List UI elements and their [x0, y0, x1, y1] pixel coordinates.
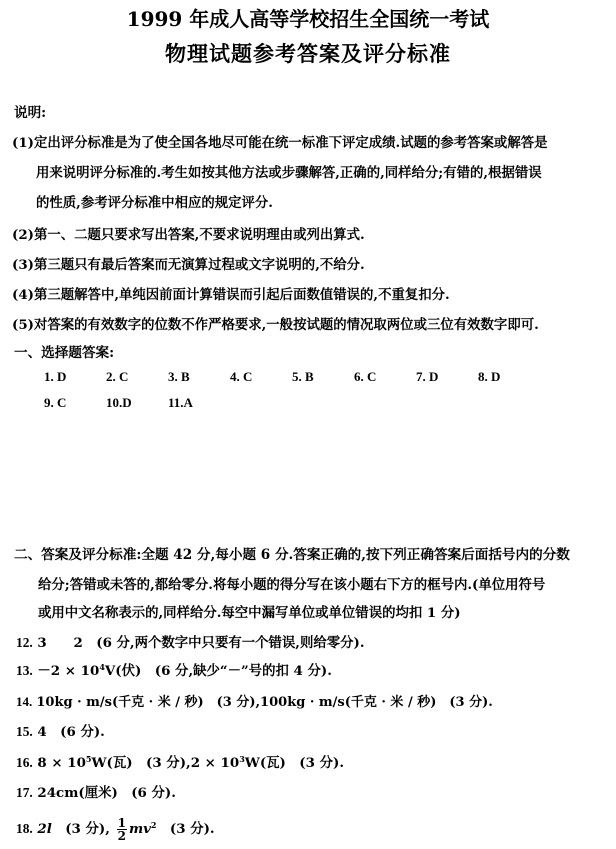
q16-number: 16.	[16, 755, 33, 770]
note-2: (2)第一、二题只要求写出答案,不要求说明理由或列出算式.	[12, 226, 365, 244]
note-1-line-2: 用来说明评分标准的.考生如按其他方法或步骤解答,正确的,同样给分;有错的,根据错…	[36, 164, 542, 182]
q18-number: 18.	[16, 821, 33, 836]
document-subtitle: 物理试题参考答案及评分标准	[0, 40, 616, 68]
answer-q12: 12. 3 2 (6 分,两个数字中只要有一个错误,则给零分).	[16, 634, 365, 652]
answer-11: 11.A	[168, 394, 193, 412]
answer-1: 1. D	[44, 368, 66, 386]
answer-4: 4. C	[230, 368, 252, 386]
q16-text-2: W(瓦) (3 分).	[245, 755, 344, 771]
answer-q15: 15. 4 (6 分).	[16, 723, 105, 741]
q18-variable: mv	[129, 821, 151, 837]
answer-3: 3. B	[168, 368, 190, 386]
q16-text-1: W(瓦) (3 分),2 × 10	[92, 755, 240, 771]
answer-q17: 17. 24cm(厘米) (6 分).	[16, 784, 176, 802]
q18-fraction: 12	[117, 817, 127, 842]
q13-value: －2 × 10	[37, 663, 99, 679]
fraction-denominator: 2	[117, 830, 127, 842]
q14-number: 14.	[16, 694, 32, 709]
answer-q18: 18. 2l (3 分), 12mv2 (3 分).	[16, 816, 215, 842]
q12-number: 12.	[16, 635, 33, 650]
q18-part-1: 2l	[37, 821, 51, 837]
note-5: (5)对答案的有效数字的位数不作严格要求,一般按试题的情况取两位或三位有效数字即…	[12, 316, 539, 334]
answer-8: 8. D	[478, 368, 500, 386]
answer-2: 2. C	[106, 368, 128, 386]
note-3: (3)第三题只有最后答案而无演算过程或文字说明的,不给分.	[12, 256, 365, 274]
q12-text: 3 2 (6 分,两个数字中只要有一个错误,则给零分).	[37, 635, 364, 651]
note-1-line-1: (1)定出评分标准是为了使全国各地尽可能在统一标准下评定成绩.试题的参考答案或解…	[12, 134, 548, 152]
q17-text: 24cm(厘米) (6 分).	[37, 785, 176, 801]
answer-q13: 13. －2 × 104V(伏) (6 分,缺少“－”号的扣 4 分).	[16, 662, 332, 680]
q16-value-1: 8 × 10	[37, 755, 86, 771]
answer-5: 5. B	[292, 368, 314, 386]
section-1-heading: 一、选择题答案:	[14, 344, 114, 362]
answer-10: 10.D	[106, 394, 132, 412]
q15-number: 15.	[16, 724, 33, 739]
q15-text: 4 (6 分).	[37, 724, 104, 740]
note-1-line-3: 的性质,参考评分标准中相应的规定评分.	[36, 194, 273, 212]
q13-text: V(伏) (6 分,缺少“－”号的扣 4 分).	[105, 663, 332, 679]
answer-q16: 16. 8 × 105W(瓦) (3 分),2 × 103W(瓦) (3 分).	[16, 754, 344, 772]
q17-number: 17.	[16, 785, 33, 800]
answer-6: 6. C	[354, 368, 376, 386]
answer-q14: 14. 10kg · m/s(千克 · 米 / 秒) (3 分),100kg ·…	[16, 693, 493, 712]
note-4: (4)第三题解答中,单纯因前面计算错误而引起后面数值错误的,不重复扣分.	[12, 286, 450, 304]
answer-7: 7. D	[416, 368, 438, 386]
q13-number: 13.	[16, 663, 33, 678]
section-2-heading-line-1: 二、答案及评分标准:全题 42 分,每小题 6 分.答案正确的,按下列正确答案后…	[14, 546, 570, 564]
document-title: 1999 年成人高等学校招生全国统一考试	[0, 6, 616, 32]
answer-9: 9. C	[44, 394, 66, 412]
section-2-heading-line-2: 给分;答错或未答的,都给零分.将每小题的得分写在该小题右下方的框号内.(单位用符…	[38, 576, 545, 594]
q18-score-1: (3 分),	[52, 821, 110, 837]
notes-heading: 说明:	[14, 104, 46, 122]
q18-score-2: (3 分).	[156, 821, 214, 837]
q14-text: 10kg · m/s(千克 · 米 / 秒) (3 分),100kg · m/s…	[36, 695, 492, 710]
section-2-heading-line-3: 或用中文名称表示的,同样给分.每空中漏写单位或单位错误的均扣 1 分)	[38, 604, 461, 622]
